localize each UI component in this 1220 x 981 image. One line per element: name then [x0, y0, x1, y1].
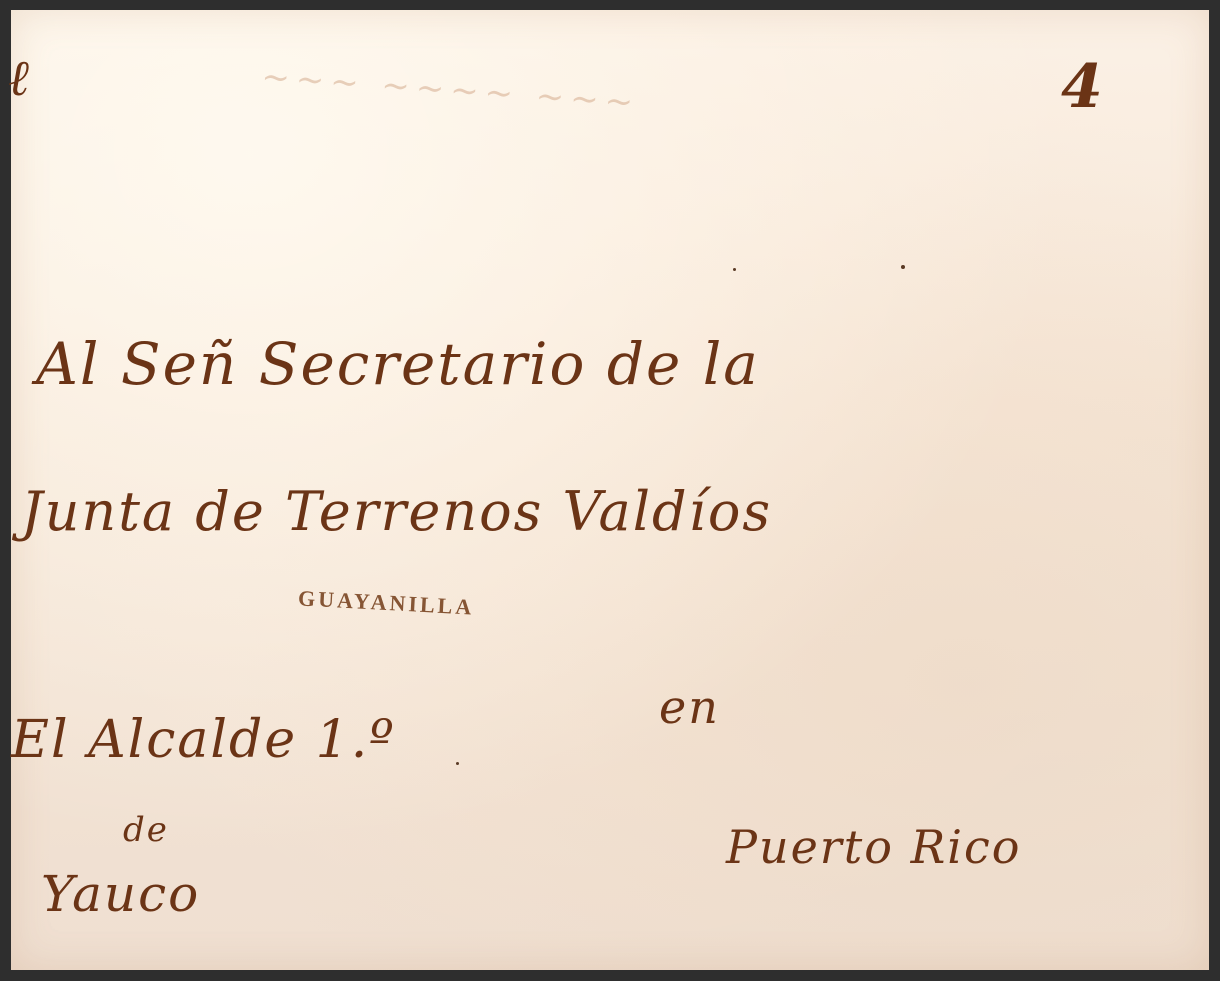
- faded-top-text: ~~~ ~~~~ ~~~: [260, 57, 640, 123]
- postmark-stamp: GUAYANILLA: [297, 585, 474, 620]
- address-line-3: en: [659, 680, 720, 734]
- address-line-2: Junta de Terrenos Valdíos: [21, 480, 772, 543]
- corner-mark-top-left: ℓ: [9, 48, 32, 107]
- letter-cover: ℓ ~~~ ~~~~ ~~~ 4 Al Señ Secretario de la…: [11, 10, 1209, 970]
- sender-line-2: de: [123, 810, 169, 850]
- ink-speck: [733, 268, 736, 271]
- sender-line-1: El Alcalde 1.º: [11, 710, 396, 770]
- ink-speck: [456, 762, 459, 765]
- sender-line-3: Yauco: [41, 865, 200, 923]
- ink-speck: [901, 265, 905, 269]
- corner-mark-top-right: 4: [1061, 52, 1105, 122]
- address-line-1: Al Señ Secretario de la: [36, 330, 760, 398]
- address-line-4: Puerto Rico: [726, 820, 1021, 874]
